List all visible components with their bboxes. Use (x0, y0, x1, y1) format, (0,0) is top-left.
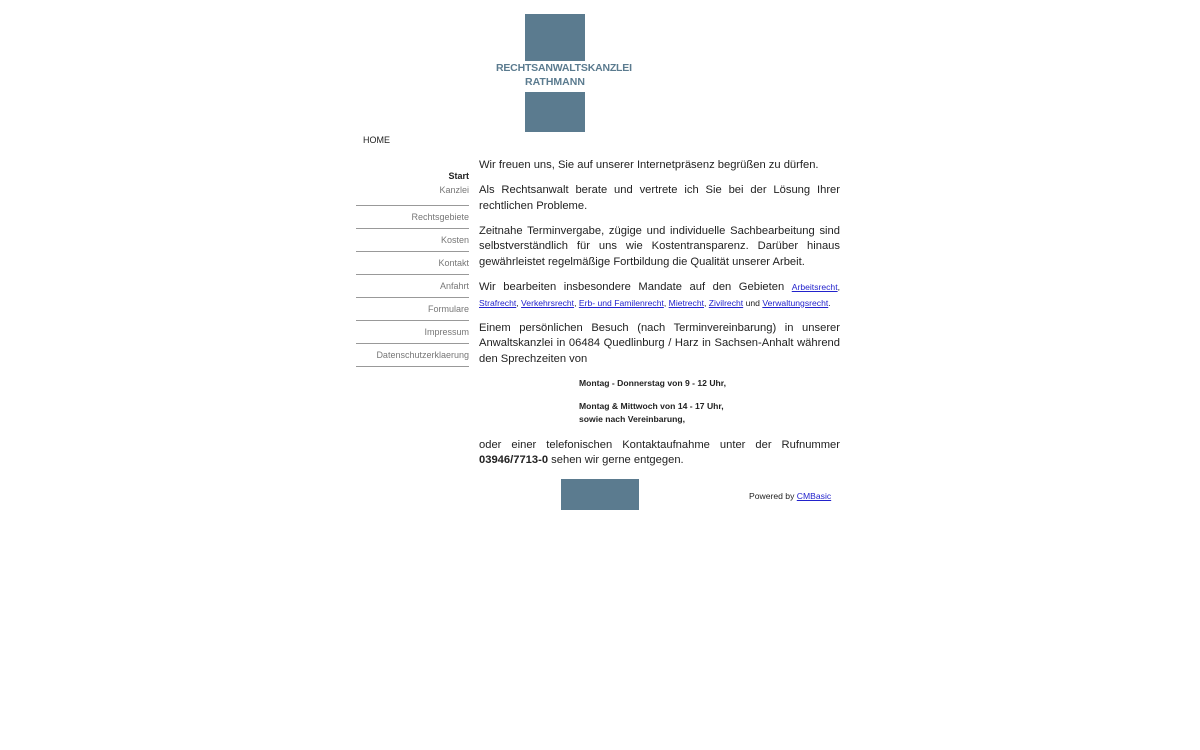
link-zivilrecht[interactable]: Zivilrecht (709, 298, 743, 308)
link-strafrecht[interactable]: Strafrecht (479, 298, 516, 308)
office-hours-3-line: sowie nach Vereinbarung, (579, 414, 685, 424)
link-mietrecht[interactable]: Mietrecht (669, 298, 704, 308)
contact-pre: oder einer telefonischen Kontaktaufnahme… (479, 439, 840, 451)
logo-text-line2: RATHMANN (496, 75, 614, 89)
link-arbeitsrecht[interactable]: Arbeitsrecht (792, 282, 838, 292)
phone-number: 03946/7713-0 (479, 454, 548, 466)
sidebar-item-kanzlei[interactable]: Kanzlei (356, 183, 469, 206)
powered-by: Powered by CMBasic (749, 491, 831, 501)
sidebar-item-start[interactable]: Start (356, 169, 469, 183)
home-link[interactable]: HOME (363, 135, 390, 145)
logo-block-top (525, 14, 585, 61)
footer-logo-block (561, 479, 639, 510)
office-hours-1: Montag - Donnerstag von 9 - 12 Uhr, (579, 377, 840, 390)
sidebar-item-kosten[interactable]: Kosten (356, 229, 469, 252)
sidebar-item-datenschutz[interactable]: Datenschutzerklaerung (356, 344, 469, 367)
sidebar-nav: Start Kanzlei Rechtsgebiete Kosten Konta… (356, 169, 469, 367)
practice-areas-intro: Wir bearbeiten insbesondere Mandate auf … (479, 281, 792, 293)
intro-text: Als Rechtsanwalt berate und vertrete ich… (479, 183, 840, 214)
contact-text: oder einer telefonischen Kontaktaufnahme… (479, 438, 840, 469)
welcome-text: Wir freuen uns, Sie auf unserer Internet… (479, 158, 840, 174)
office-hours-2-line: Montag & Mittwoch von 14 - 17 Uhr, (579, 401, 724, 411)
service-text: Zeitnahe Terminvergabe, zügige und indiv… (479, 224, 840, 271)
contact-post: sehen wir gerne entgegen. (548, 454, 684, 466)
sidebar-item-kontakt[interactable]: Kontakt (356, 252, 469, 275)
cmbasic-link[interactable]: CMBasic (797, 491, 831, 501)
practice-areas-text: Wir bearbeiten insbesondere Mandate auf … (479, 280, 840, 311)
main-content: Wir freuen uns, Sie auf unserer Internet… (479, 158, 840, 478)
visit-text: Einem persönlichen Besuch (nach Terminve… (479, 321, 840, 368)
link-verwaltungsrecht[interactable]: Verwaltungsrecht (762, 298, 828, 308)
sidebar-item-rechtsgebiete[interactable]: Rechtsgebiete (356, 206, 469, 229)
logo-text-line1: RECHTSANWALTSKANZLEI (496, 61, 614, 75)
sidebar-item-formulare[interactable]: Formulare (356, 298, 469, 321)
link-erb-familienrecht[interactable]: Erb- und Familenrecht (579, 298, 664, 308)
link-verkehrsrecht[interactable]: Verkehrsrecht (521, 298, 574, 308)
sidebar-item-anfahrt[interactable]: Anfahrt (356, 275, 469, 298)
logo: RECHTSANWALTSKANZLEI RATHMANN (496, 14, 614, 132)
logo-block-bottom (525, 92, 585, 132)
office-hours-2: Montag & Mittwoch von 14 - 17 Uhr,sowie … (579, 400, 840, 426)
sidebar-item-impressum[interactable]: Impressum (356, 321, 469, 344)
powered-by-label: Powered by (749, 491, 797, 501)
and-text: und (743, 298, 762, 308)
